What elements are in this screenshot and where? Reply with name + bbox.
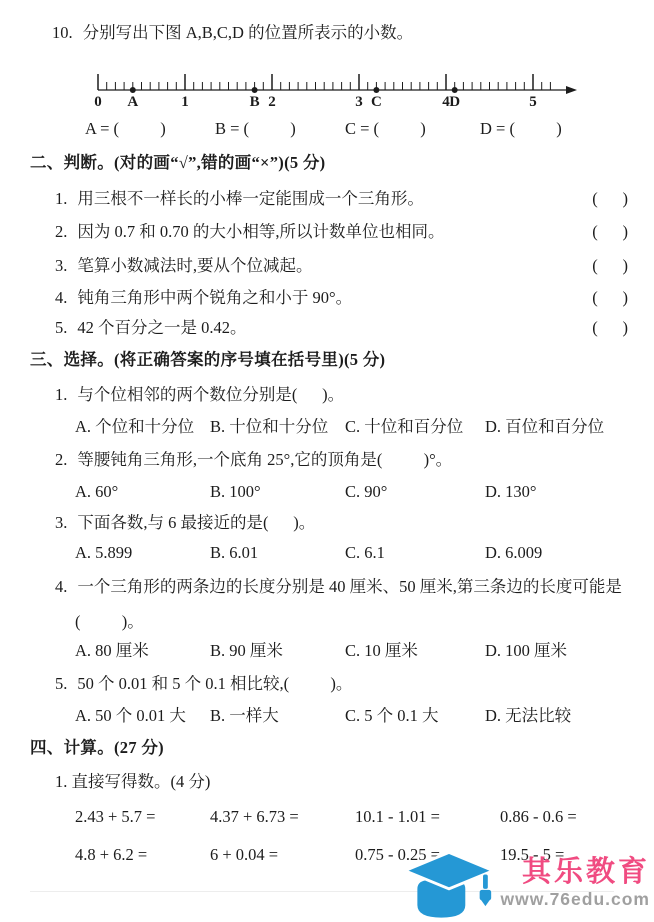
choice-question: 3.下面各数,与 6 最接近的是( )。 (55, 512, 315, 534)
brand-name: 其乐教育 (522, 856, 650, 888)
item-text: 下面各数,与 6 最接近的是( )。 (77, 513, 315, 532)
item-text: 等腰钝角三角形,一个底角 25°,它的顶角是( )°。 (77, 450, 452, 469)
judge-item: 4.钝角三角形中两个锐角之和小于 90°。 ( ) (55, 287, 628, 309)
item-text: 因为 0.7 和 0.70 的大小相等,所以计数单位也相同。 (77, 222, 444, 241)
option-c: C. 6.1 (345, 542, 485, 564)
item-number: 2. (55, 449, 67, 471)
answer-blank-a: A = ( ) (85, 118, 215, 140)
section-calc-header: 四、计算。(27 分) (30, 737, 164, 759)
option-d: D. 130° (485, 481, 644, 503)
option-c: C. 90° (345, 481, 485, 503)
watermark-logo: 其乐教育 www.76edu.com (403, 850, 650, 922)
question-number: 10. (52, 22, 73, 44)
section-choice-header: 三、选择。(将正确答案的序号填在括号里)(5 分) (30, 349, 385, 371)
answer-bracket: ( ) (592, 255, 628, 277)
option-b: B. 十位和十分位 (210, 416, 345, 438)
svg-text:2: 2 (268, 94, 276, 110)
option-c: C. 5 个 0.1 大 (345, 705, 485, 727)
choice-question-continued: ( )。 (75, 611, 144, 633)
answer-bracket: ( ) (592, 317, 628, 339)
option-d: D. 无法比较 (485, 705, 644, 727)
choice-options: A. 个位和十分位 B. 十位和十分位 C. 十位和百分位 D. 百位和百分位 (75, 416, 644, 438)
choice-question: 4.一个三角形的两条边的长度分别是 40 厘米、50 厘米,第三条边的长度可能是 (55, 576, 640, 598)
item-text: 与个位相邻的两个数位分别是( )。 (77, 385, 344, 404)
judge-text: 4.钝角三角形中两个锐角之和小于 90°。 (55, 287, 352, 309)
option-d: D. 6.009 (485, 542, 644, 564)
judge-item: 2.因为 0.7 和 0.70 的大小相等,所以计数单位也相同。 ( ) (55, 221, 628, 243)
item-text: 用三根不一样长的小棒一定能围成一个三角形。 (77, 189, 424, 208)
option-b: B. 一样大 (210, 705, 345, 727)
calc-problem: 4.8 + 6.2 = (75, 844, 210, 866)
choice-options: A. 50 个 0.01 大 B. 一样大 C. 5 个 0.1 大 D. 无法… (75, 705, 644, 727)
logo-text-block: 其乐教育 www.76edu.com (501, 856, 650, 910)
option-a: A. 60° (75, 481, 210, 503)
option-d: D. 100 厘米 (485, 640, 644, 662)
svg-text:D: D (449, 94, 460, 110)
option-a: A. 50 个 0.01 大 (75, 705, 210, 727)
item-number: 4. (55, 287, 67, 309)
item-text: 笔算小数减法时,要从个位减起。 (77, 256, 312, 275)
answer-bracket: ( ) (592, 221, 628, 243)
svg-text:0: 0 (94, 94, 102, 110)
judge-item: 5.42 个百分之一是 0.42。 ( ) (55, 317, 628, 339)
choice-question: 1.与个位相邻的两个数位分别是( )。 (55, 384, 344, 406)
calc-problem: 4.37 + 6.73 = (210, 806, 355, 828)
option-a: A. 个位和十分位 (75, 416, 210, 438)
answer-blanks-row: A = ( ) B = ( ) C = ( ) D = ( ) (85, 118, 562, 140)
item-text: 一个三角形的两条边的长度分别是 40 厘米、50 厘米,第三条边的长度可能是 (77, 577, 622, 596)
svg-text:1: 1 (181, 94, 189, 110)
calc-problem: 10.1 - 1.01 = (355, 806, 500, 828)
item-text: 钝角三角形中两个锐角之和小于 90°。 (77, 288, 352, 307)
answer-bracket: ( ) (592, 188, 628, 210)
graduation-cap-icon (403, 850, 495, 922)
item-text: 42 个百分之一是 0.42。 (77, 318, 246, 337)
option-a: A. 5.899 (75, 542, 210, 564)
number-line: 012345ABCD (88, 60, 580, 110)
judge-text: 2.因为 0.7 和 0.70 的大小相等,所以计数单位也相同。 (55, 221, 445, 243)
choice-options: A. 60° B. 100° C. 90° D. 130° (75, 481, 644, 503)
option-d: D. 百位和百分位 (485, 416, 644, 438)
choice-options: A. 80 厘米 B. 90 厘米 C. 10 厘米 D. 100 厘米 (75, 640, 644, 662)
section-judge-header: 二、判断。(对的画“√”,错的画“×”)(5 分) (30, 152, 325, 174)
item-number: 2. (55, 221, 67, 243)
question-text: 分别写出下图 A,B,C,D 的位置所表示的小数。 (83, 23, 413, 42)
svg-text:A: A (127, 94, 138, 110)
judge-item: 1.用三根不一样长的小棒一定能围成一个三角形。 ( ) (55, 188, 628, 210)
item-number: 4. (55, 576, 67, 598)
item-text: 50 个 0.01 和 5 个 0.1 相比较,( )。 (77, 674, 352, 693)
answer-blank-b: B = ( ) (215, 118, 345, 140)
calc-row: 2.43 + 5.7 = 4.37 + 6.73 = 10.1 - 1.01 =… (75, 806, 644, 828)
item-text: ( )。 (75, 612, 144, 631)
choice-question: 2.等腰钝角三角形,一个底角 25°,它的顶角是( )°。 (55, 449, 452, 471)
item-number: 1. (55, 188, 67, 210)
calc-problem: 0.86 - 0.6 = (500, 806, 644, 828)
option-c: C. 十位和百分位 (345, 416, 485, 438)
judge-item: 3.笔算小数减法时,要从个位减起。 ( ) (55, 255, 628, 277)
judge-text: 1.用三根不一样长的小棒一定能围成一个三角形。 (55, 188, 424, 210)
item-number: 5. (55, 317, 67, 339)
judge-text: 3.笔算小数减法时,要从个位减起。 (55, 255, 313, 277)
option-a: A. 80 厘米 (75, 640, 210, 662)
option-b: B. 6.01 (210, 542, 345, 564)
answer-blank-c: C = ( ) (345, 118, 480, 140)
calc-sub-header: 1. 直接写得数。(4 分) (55, 771, 210, 793)
calc-problem: 2.43 + 5.7 = (75, 806, 210, 828)
option-b: B. 90 厘米 (210, 640, 345, 662)
calc-problem: 6 + 0.04 = (210, 844, 355, 866)
brand-url: www.76edu.com (501, 888, 650, 910)
svg-text:B: B (250, 94, 260, 110)
item-number: 3. (55, 512, 67, 534)
answer-blank-d: D = ( ) (480, 118, 562, 140)
option-c: C. 10 厘米 (345, 640, 485, 662)
item-number: 3. (55, 255, 67, 277)
item-number: 5. (55, 673, 67, 695)
test-paper-page: { "q10": { "num": "10.", "text": "分别写出下图… (0, 0, 654, 922)
choice-question: 5.50 个 0.01 和 5 个 0.1 相比较,( )。 (55, 673, 352, 695)
option-b: B. 100° (210, 481, 345, 503)
svg-text:5: 5 (529, 94, 537, 110)
svg-text:3: 3 (355, 94, 363, 110)
answer-bracket: ( ) (592, 287, 628, 309)
svg-text:C: C (371, 94, 382, 110)
item-number: 1. (55, 384, 67, 406)
choice-options: A. 5.899 B. 6.01 C. 6.1 D. 6.009 (75, 542, 644, 564)
judge-text: 5.42 个百分之一是 0.42。 (55, 317, 247, 339)
question-10: 10.分别写出下图 A,B,C,D 的位置所表示的小数。 (52, 22, 413, 44)
